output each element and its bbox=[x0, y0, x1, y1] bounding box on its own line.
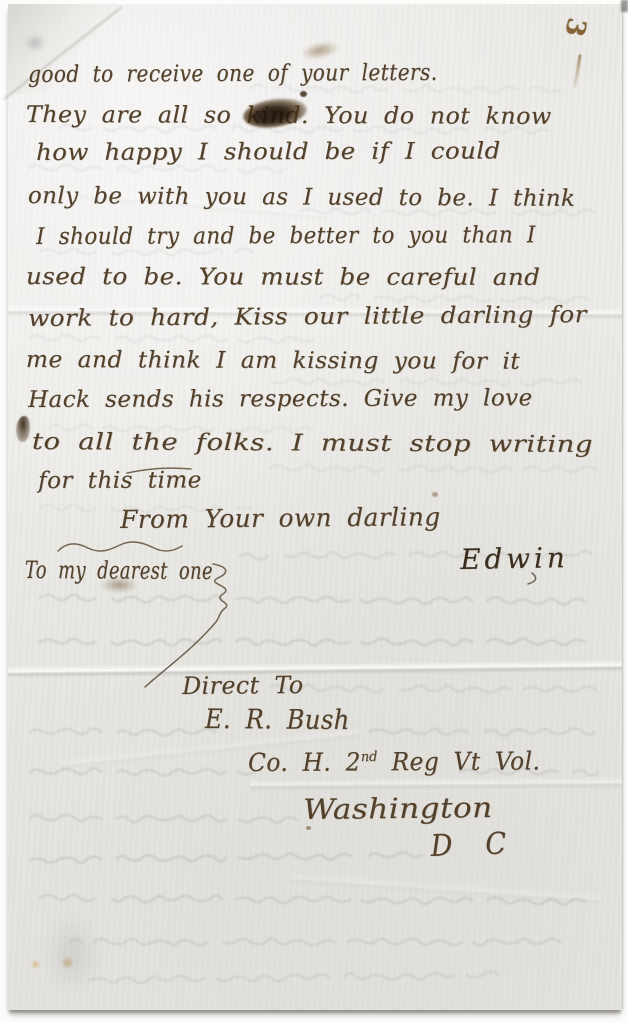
letter-line: I should try and be better to you than I bbox=[36, 222, 536, 250]
letter-line: how happy I should be if I could bbox=[36, 138, 501, 166]
address-name: E. R. Bush bbox=[205, 704, 350, 736]
letter-line: used to be. You must be careful and bbox=[26, 264, 540, 291]
address-regiment-prefix: Co. H. 2 bbox=[248, 747, 361, 777]
letter-closing: From Your own darling bbox=[120, 502, 441, 534]
letter-line: only be with you as I used to be. I thin… bbox=[28, 183, 576, 212]
address-state: D C bbox=[430, 826, 516, 864]
address-city: Washington bbox=[303, 791, 493, 826]
letter-line: good to receive one of your letters. bbox=[28, 60, 438, 88]
address-regiment-ordinal: nd bbox=[361, 749, 378, 765]
letter-line: They are all so kind. You do not know bbox=[26, 102, 552, 130]
address-regiment: Co. H. 2nd Reg Vt Vol. bbox=[248, 746, 540, 777]
letter-line: me and think I am kissing you for it bbox=[26, 347, 520, 375]
letter-dedication: To my dearest one bbox=[25, 556, 213, 585]
address-regiment-suffix: Reg Vt Vol. bbox=[377, 746, 540, 776]
signature: Edwin bbox=[460, 541, 569, 576]
scan-background: { "page": { "page_number": "3" }, "lette… bbox=[0, 0, 628, 1023]
address-direct-to: Direct To bbox=[182, 671, 304, 700]
letter-line: Hack sends his respects. Give my love bbox=[28, 385, 533, 413]
letter-line: work to hard, Kiss our little darling fo… bbox=[28, 302, 587, 332]
letter-line: for this time bbox=[38, 467, 202, 494]
letter-line: to all the folks. I must stop writing bbox=[32, 429, 593, 458]
edge-mark bbox=[621, 0, 628, 12]
